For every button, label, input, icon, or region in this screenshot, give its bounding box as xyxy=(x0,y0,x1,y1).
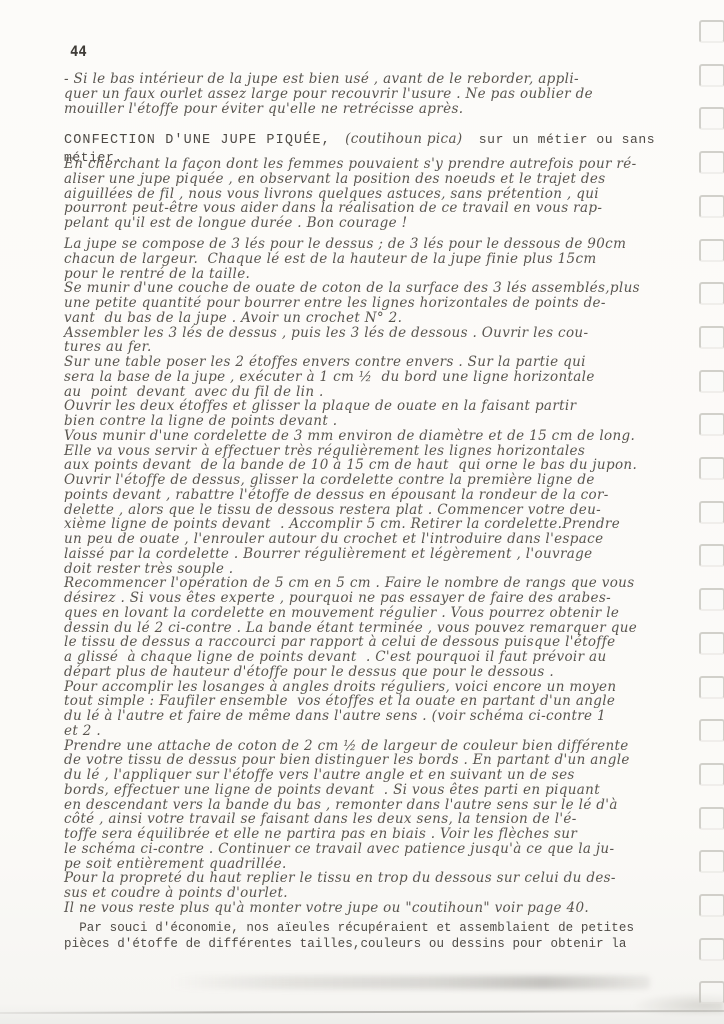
binding-hole-icon xyxy=(699,544,724,567)
binding-hole-icon xyxy=(699,676,724,699)
heading-annotation: (coutihoun pica) xyxy=(345,131,462,147)
bottom-edge-shadow xyxy=(0,1010,724,1014)
page-number: 44 xyxy=(70,44,87,60)
binding-hole-icon xyxy=(699,850,724,873)
binding-hole-icon xyxy=(699,282,724,305)
heading-title: CONFECTION D'UNE JUPE PIQUÉE, xyxy=(64,133,331,148)
instructions-paragraph: La jupe se compose de 3 lés pour le dess… xyxy=(64,237,678,916)
binding-hole-icon xyxy=(699,239,724,262)
bleed-through-smudge xyxy=(170,976,650,989)
intro-note-paragraph: - Si le bas intérieur de la jupe est bie… xyxy=(64,72,664,116)
binding-hole-icon xyxy=(699,107,724,130)
binding-hole-icon xyxy=(699,763,724,786)
binding-hole-icon xyxy=(699,370,724,393)
binding-hole-icon xyxy=(699,413,724,436)
binding-hole-icon xyxy=(699,195,724,218)
binding-hole-icon xyxy=(699,807,724,830)
scanned-page: 44 - Si le bas intérieur de la jupe est … xyxy=(0,0,724,1024)
binding-hole-icon xyxy=(699,326,724,349)
binding-hole-icon xyxy=(699,64,724,87)
binding-hole-icon xyxy=(699,457,724,480)
binding-hole-icon xyxy=(699,501,724,524)
footer-paragraph: Par souci d'économie, nos aïeules récupé… xyxy=(64,921,664,952)
binding-hole-icon xyxy=(699,20,724,43)
binding-hole-icon xyxy=(699,719,724,742)
binding-hole-icon xyxy=(699,151,724,174)
intro-paragraph: En cherchant la façon dont les femmes po… xyxy=(64,157,674,231)
binding-hole-icon xyxy=(699,588,724,611)
binding-hole-icon xyxy=(699,981,724,1004)
binding-hole-icon xyxy=(699,632,724,655)
binding-hole-icon xyxy=(699,894,724,917)
binding-hole-icon xyxy=(699,938,724,961)
